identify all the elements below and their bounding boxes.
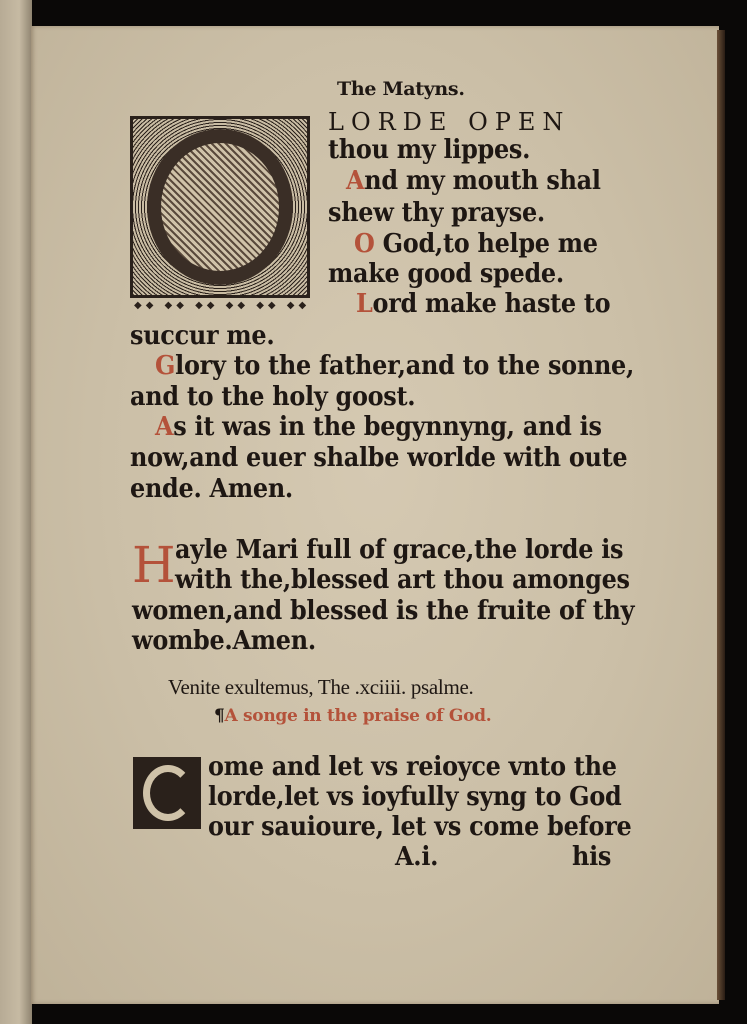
text-line: ayle Mari full of grace,the lorde is bbox=[175, 535, 623, 566]
text-line: make good spede. bbox=[328, 259, 564, 290]
rubric-initial: A bbox=[346, 166, 364, 196]
signature-mark: A.i. bbox=[395, 842, 438, 873]
decorated-initial-c bbox=[133, 757, 201, 829]
text-line: Glory to the father,and to the sonne, bbox=[155, 351, 634, 382]
rubric-initial: G bbox=[155, 351, 175, 381]
text-line: succur me. bbox=[130, 321, 274, 352]
rubric-initial: A bbox=[155, 412, 173, 442]
text-line: As it was in the begynnyng, and is bbox=[155, 412, 602, 443]
psalm-heading: Venite exultemus, The .xciiii. psalme. bbox=[168, 675, 473, 700]
text-line: And my mouth shal bbox=[346, 166, 601, 197]
decorated-initial-o bbox=[130, 116, 310, 298]
text-line: shew thy prayse. bbox=[328, 198, 545, 229]
text-line: with the,blessed art thou amonges bbox=[175, 565, 630, 596]
psalm-subheading: ¶A songe in the praise of God. bbox=[214, 706, 491, 726]
pilcrow: ¶ bbox=[214, 706, 225, 726]
text-line: Lord make haste to bbox=[356, 289, 610, 320]
catchword: his bbox=[572, 842, 611, 873]
text-line: women,and blessed is the fruite of thy bbox=[132, 596, 634, 627]
ornament-dots: ◆◆ ◆◆ ◆◆ ◆◆ ◆◆ ◆◆ bbox=[134, 300, 310, 311]
caps-line: LORDE OPEN bbox=[328, 108, 570, 136]
rubric-initial: O bbox=[354, 229, 375, 259]
text-line: now,and euer shalbe worlde with oute bbox=[130, 443, 627, 474]
running-head: The Matyns. bbox=[337, 78, 465, 100]
text-line: ende. Amen. bbox=[130, 474, 293, 505]
left-page-gutter bbox=[0, 0, 32, 1024]
text-line: lorde,let vs ioyfully syng to God bbox=[208, 782, 621, 813]
hail-mary-initial: H bbox=[132, 540, 175, 590]
text-line: and to the holy goost. bbox=[130, 382, 415, 413]
text-line: our sauioure, let vs come before bbox=[208, 812, 631, 843]
text-line: wombe.Amen. bbox=[132, 626, 316, 657]
page-edge bbox=[717, 30, 725, 1000]
rubric-initial: L bbox=[356, 289, 373, 319]
text-line: ome and let vs reioyce vnto the bbox=[208, 752, 617, 783]
text-line: thou my lippes. bbox=[328, 135, 530, 166]
text-line: O God,to helpe me bbox=[354, 229, 598, 260]
